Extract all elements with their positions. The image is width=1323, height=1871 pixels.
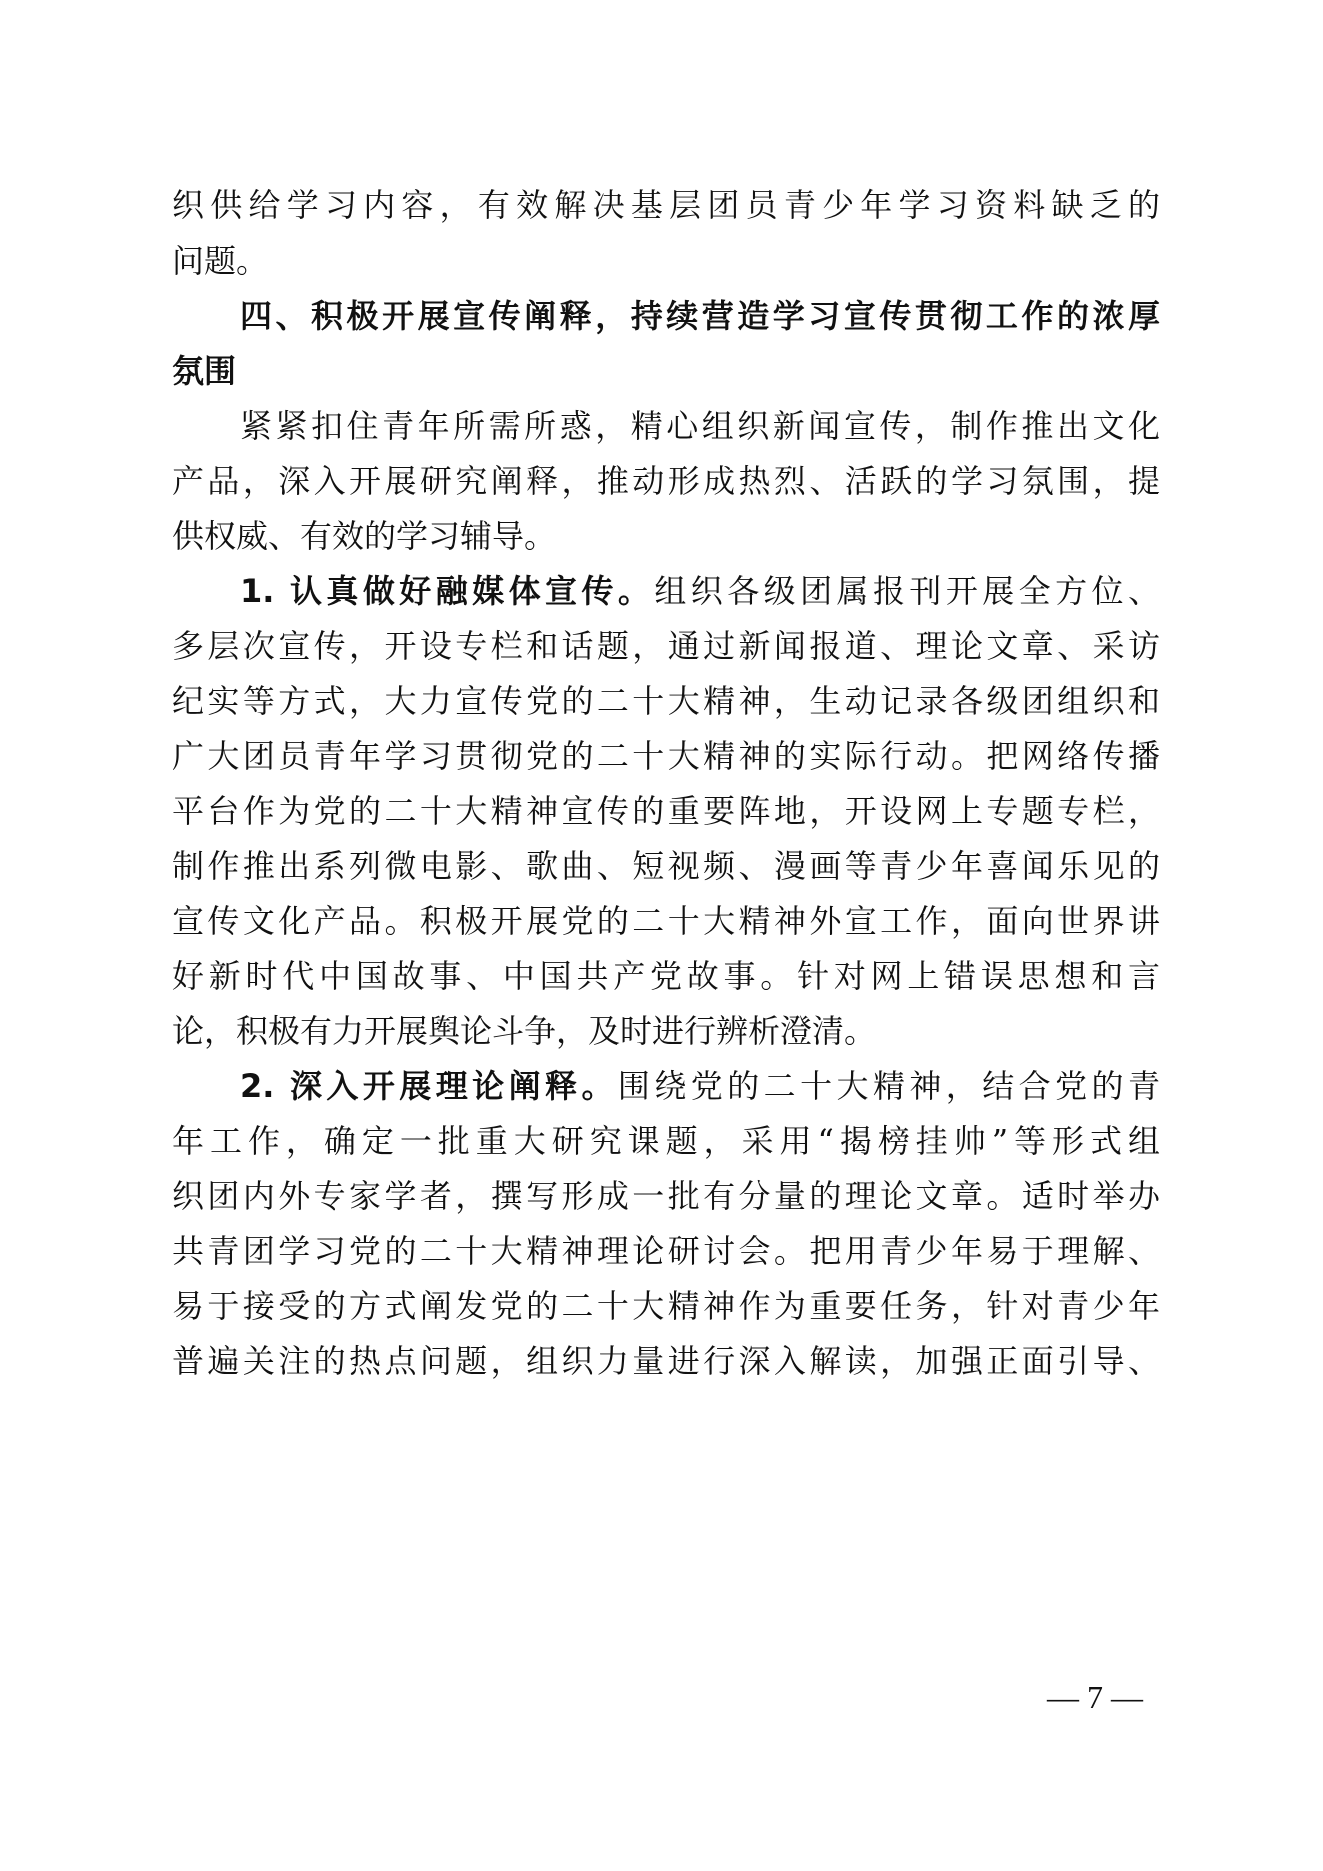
text-line: 制作推出系列微电影、歌曲、短视频、漫画等青少年喜闻乐见的	[172, 846, 1160, 886]
text-line: 共青团学习党的二十大精神理论研讨会。把用青少年易于理解、	[172, 1231, 1160, 1271]
item-1-lead: 1. 认真做好融媒体宣传。	[240, 572, 654, 610]
text-line: 平台作为党的二十大精神宣传的重要阵地，开设网上专题专栏，	[172, 791, 1160, 831]
page-number: — 7 —	[1030, 1677, 1160, 1717]
text-line: 论，积极有力开展舆论斗争，及时进行辨析澄清。	[172, 1011, 1160, 1051]
section-heading: 氛围	[172, 351, 1160, 391]
document-page: 织供给学习内容，有效解决基层团员青少年学习资料缺乏的 问题。 四、积极开展宣传阐…	[0, 0, 1323, 1871]
text-line: 问题。	[172, 241, 1160, 281]
text-line: 纪实等方式，大力宣传党的二十大精神，生动记录各级团组织和	[172, 681, 1160, 721]
text-line: 好新时代中国故事、中国共产党故事。针对网上错误思想和言	[172, 956, 1160, 996]
text-line: 多层次宣传，开设专栏和话题，通过新闻报道、理论文章、采访	[172, 626, 1160, 666]
text-line: 织团内外专家学者，撰写形成一批有分量的理论文章。适时举办	[172, 1176, 1160, 1216]
item-1-first-line: 1. 认真做好融媒体宣传。组织各级团属报刊开展全方位、	[240, 571, 1160, 611]
text-line: 普遍关注的热点问题，组织力量进行深入解读，加强正面引导、	[172, 1341, 1160, 1381]
item-2-lead: 2. 深入开展理论阐释。	[240, 1067, 618, 1105]
text-line: 宣传文化产品。积极开展党的二十大精神外宣工作，面向世界讲	[172, 901, 1160, 941]
item-2-first-line: 2. 深入开展理论阐释。围绕党的二十大精神，结合党的青	[240, 1066, 1160, 1106]
text-line: 紧紧扣住青年所需所惑，精心组织新闻宣传，制作推出文化	[240, 406, 1160, 446]
section-heading: 四、积极开展宣传阐释，持续营造学习宣传贯彻工作的浓厚	[240, 296, 1160, 336]
text-line: 织供给学习内容，有效解决基层团员青少年学习资料缺乏的	[172, 185, 1160, 225]
text-line: 广大团员青年学习贯彻党的二十大精神的实际行动。把网络传播	[172, 736, 1160, 776]
text-line: 供权威、有效的学习辅导。	[172, 516, 1160, 556]
text-line: 易于接受的方式阐发党的二十大精神作为重要任务，针对青少年	[172, 1286, 1160, 1326]
text-span: 围绕党的二十大精神，结合党的青	[618, 1067, 1160, 1105]
text-line: 产品，深入开展研究阐释，推动形成热烈、活跃的学习氛围，提	[172, 461, 1160, 501]
text-span: 组织各级团属报刊开展全方位、	[654, 572, 1160, 610]
text-line: 年工作，确定一批重大研究课题，采用“揭榜挂帅”等形式组	[172, 1121, 1160, 1161]
